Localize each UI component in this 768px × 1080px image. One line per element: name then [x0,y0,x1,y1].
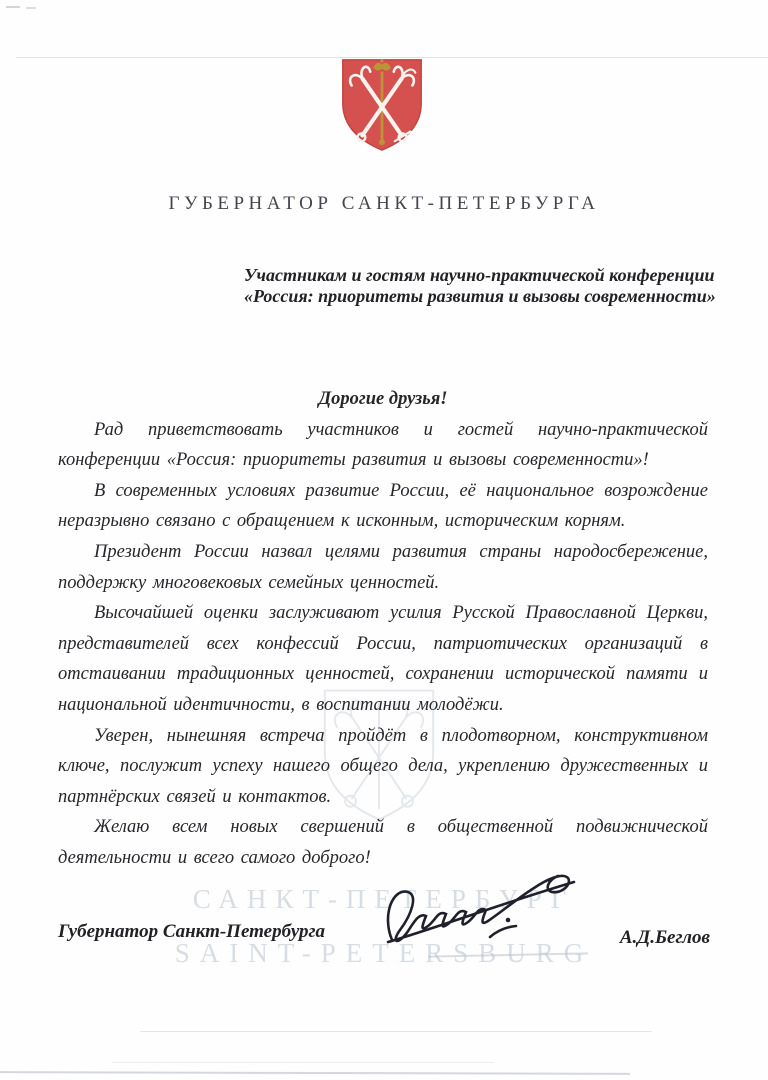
scan-artifact-line [140,1031,652,1032]
scan-artifact-line [112,1062,494,1063]
addressee-block: Участникам и гостям научно-практической … [244,265,700,307]
letterhead-authority-title: ГУБЕРНАТОР САНКТ-ПЕТЕРБУРГА [0,193,768,215]
addressee-line-2: «Россия: приоритеты развития и вызовы со… [244,286,700,307]
scan-artifact-speck [26,7,36,9]
paragraph: Президент России назвал целями развития … [58,537,708,598]
paragraph: В современных условиях развитие России, … [58,476,708,537]
scanned-letter-page: САНКТ-ПЕТЕРБУРГ SAINT-PETERSBURG ГУБЕРНА… [0,0,768,1080]
signature-row: Губернатор Санкт-Петербурга А.Д.Беглов [58,921,710,961]
paragraph: Высочайшей оценки заслуживают усилия Рус… [58,598,708,720]
salutation: Дорогие друзья! [58,384,708,415]
signer-name: А.Д.Беглов [620,927,710,949]
scan-artifact-speck [6,6,20,8]
coat-of-arms-icon [337,56,427,154]
signer-title: Губернатор Санкт-Петербурга [58,921,325,943]
letter-body: Дорогие друзья! Рад приветствовать участ… [58,384,708,874]
paragraph: Рад приветствовать участников и гостей н… [58,415,708,476]
scan-artifact-paper-edge-bottom [0,1071,630,1075]
paragraph: Уверен, нынешняя встреча пройдёт в плодо… [58,721,708,813]
addressee-line-1: Участникам и гостям научно-практической … [244,265,700,286]
